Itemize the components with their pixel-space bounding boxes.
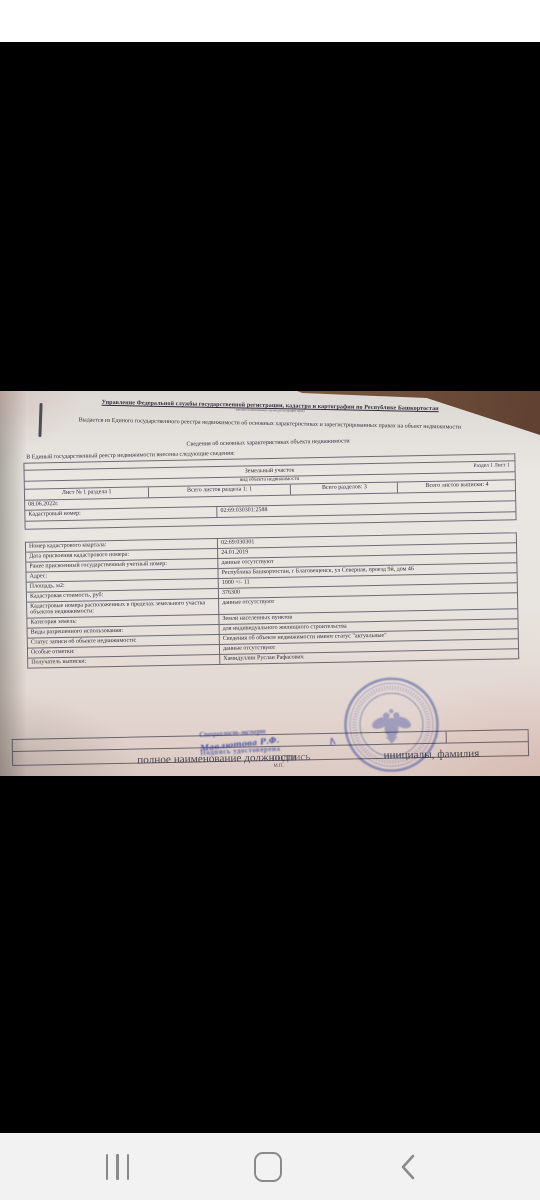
signature-caption: подпись [271, 751, 310, 764]
recents-icon [106, 1154, 130, 1180]
signature-cell [445, 730, 528, 743]
recents-button[interactable] [80, 1133, 155, 1200]
document-subtitle: Сведения об основных характеристиках объ… [0, 435, 538, 451]
back-chevron-icon [399, 1153, 417, 1181]
object-type-caption: вид объекта недвижимости [240, 476, 299, 482]
back-button[interactable] [370, 1133, 445, 1200]
extract-date: 08.06.2022г. [25, 500, 60, 510]
stamp-emblem [370, 709, 413, 745]
round-official-stamp [335, 669, 447, 776]
egrn-extract-document: Управление Федеральной службы государств… [0, 391, 540, 776]
sheet-cell: Всего разделов: 3 [289, 483, 397, 495]
section-label: Раздел 1 Лист 1 [473, 463, 509, 469]
phone-screen: Управление Федеральной службы государств… [0, 0, 540, 1200]
home-icon [254, 1152, 282, 1182]
attributes-table: Номер кадастрового квартала: 02:69:03030… [25, 532, 519, 668]
android-navigation-bar [0, 1133, 540, 1200]
document-photo[interactable]: Управление Федеральной службы государств… [0, 391, 540, 776]
document-body: Сведения об основных характеристиках объ… [0, 391, 540, 776]
status-bar [0, 0, 540, 42]
home-button[interactable] [230, 1133, 305, 1200]
object-type: Земельный участок [245, 467, 295, 474]
section-header-table: Земельный участок Раздел 1 Лист 1 вид об… [23, 453, 516, 529]
seal-place-label: М.П. [273, 763, 283, 768]
